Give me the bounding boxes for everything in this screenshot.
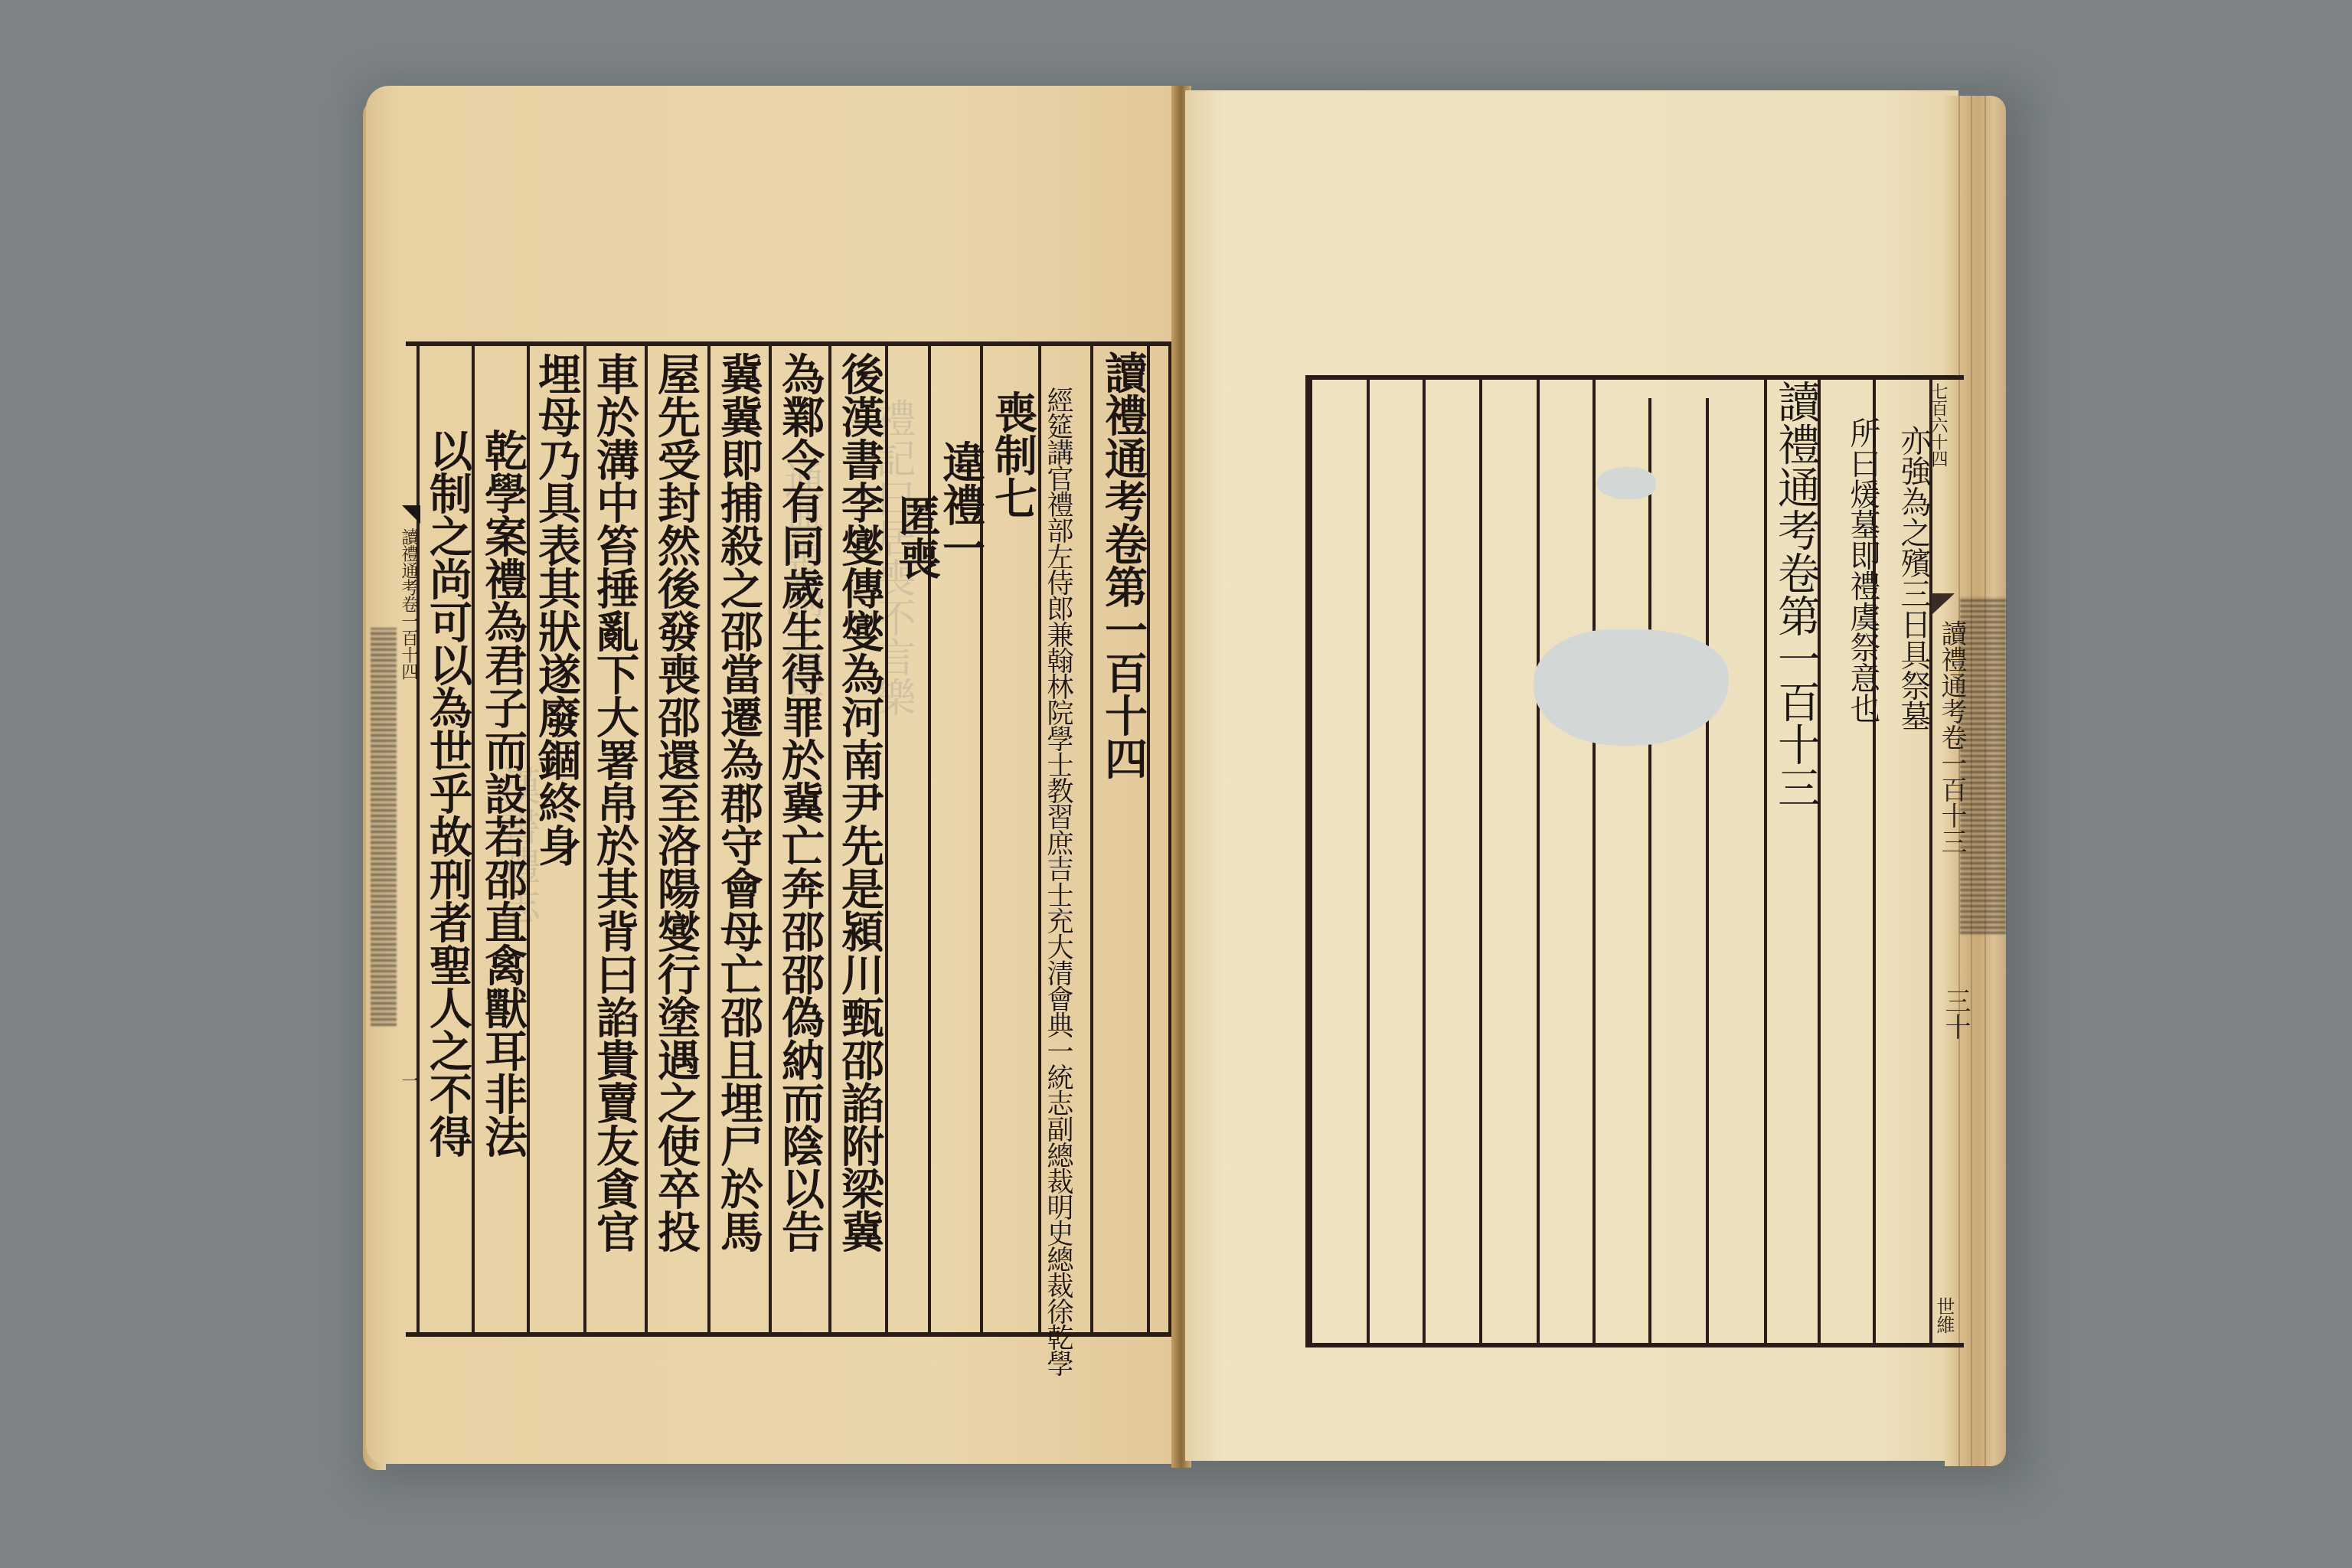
column-rule xyxy=(1648,398,1651,1343)
fold-margin-ink xyxy=(371,628,397,1026)
column-rule xyxy=(1764,380,1767,1343)
column-rule xyxy=(416,346,420,1334)
column-rule xyxy=(1090,346,1093,1334)
column-rule xyxy=(1592,380,1596,1343)
text-column-3: 冀冀即捕殺之邵當遷為郡守會母亡邵且埋尸於馬 xyxy=(714,352,764,1253)
right-text-column-2: 所曰煖墓即禮虞祭意也 xyxy=(1847,417,1879,724)
topic-heading: 匿喪 xyxy=(890,494,943,580)
right-page-title: 讀禮通考卷第一百十三 xyxy=(1770,380,1821,808)
column-rule xyxy=(1537,380,1540,1343)
text-column-5: 車於溝中笞捶亂下大署帛於其背曰諂貴賣友貪官 xyxy=(590,352,640,1253)
section-heading: 喪制七 xyxy=(986,390,1040,519)
column-rule xyxy=(1423,380,1426,1343)
fold-margin-ink xyxy=(1960,597,2006,934)
text-column-2: 為鄴令有同歲生得罪於冀亡奔邵邵偽納而陰以告 xyxy=(775,352,825,1253)
column-rule xyxy=(1479,380,1482,1343)
left-fold-margin-title: 讀禮通考卷一百十四 xyxy=(398,528,418,680)
column-rule xyxy=(828,346,831,1334)
column-rule xyxy=(1309,380,1312,1343)
column-rule xyxy=(1706,398,1709,1343)
right-fold-margin-page-number: 三十 xyxy=(1940,988,1971,1040)
right-fold-margin-bottom-mark: 世維 xyxy=(1934,1297,1954,1334)
text-column-6: 埋母乃具表其狀遂廢錮終身 xyxy=(531,352,582,867)
text-column-4: 屋先受封然後發喪邵還至洛陽燮行塗遇之使卒投 xyxy=(651,352,701,1253)
text-column-7: 乾學案禮為君子而設若邵直禽獸耳非法 xyxy=(478,429,528,1158)
text-column-8: 以制之尚可以為世乎故刑者聖人之不得 xyxy=(423,429,473,1158)
text-column-1: 後漢書李燮傳燮為河南尹先是潁川甄邵諂附梁冀 xyxy=(835,352,885,1253)
column-rule xyxy=(645,346,648,1334)
left-page-title: 讀禮通考卷第一百十四 xyxy=(1096,351,1150,779)
paper-hole xyxy=(1596,467,1656,499)
left-fold-margin-page-number: 一 xyxy=(398,1072,418,1089)
column-rule xyxy=(707,346,710,1334)
column-rule xyxy=(885,346,888,1334)
right-text-column-1: 亦強為之殯三日具祭墓 xyxy=(1897,425,1929,731)
column-rule xyxy=(769,346,772,1334)
author-line: 經筵講官禮部左侍郎兼翰林院學士教習庶吉士充大清會典一統志副總裁明史總裁徐乾學 xyxy=(1043,387,1073,1376)
column-rule xyxy=(1367,380,1370,1343)
column-rule xyxy=(583,346,586,1334)
right-fold-margin-title: 讀禮通考卷一百十三 xyxy=(1937,620,1966,854)
